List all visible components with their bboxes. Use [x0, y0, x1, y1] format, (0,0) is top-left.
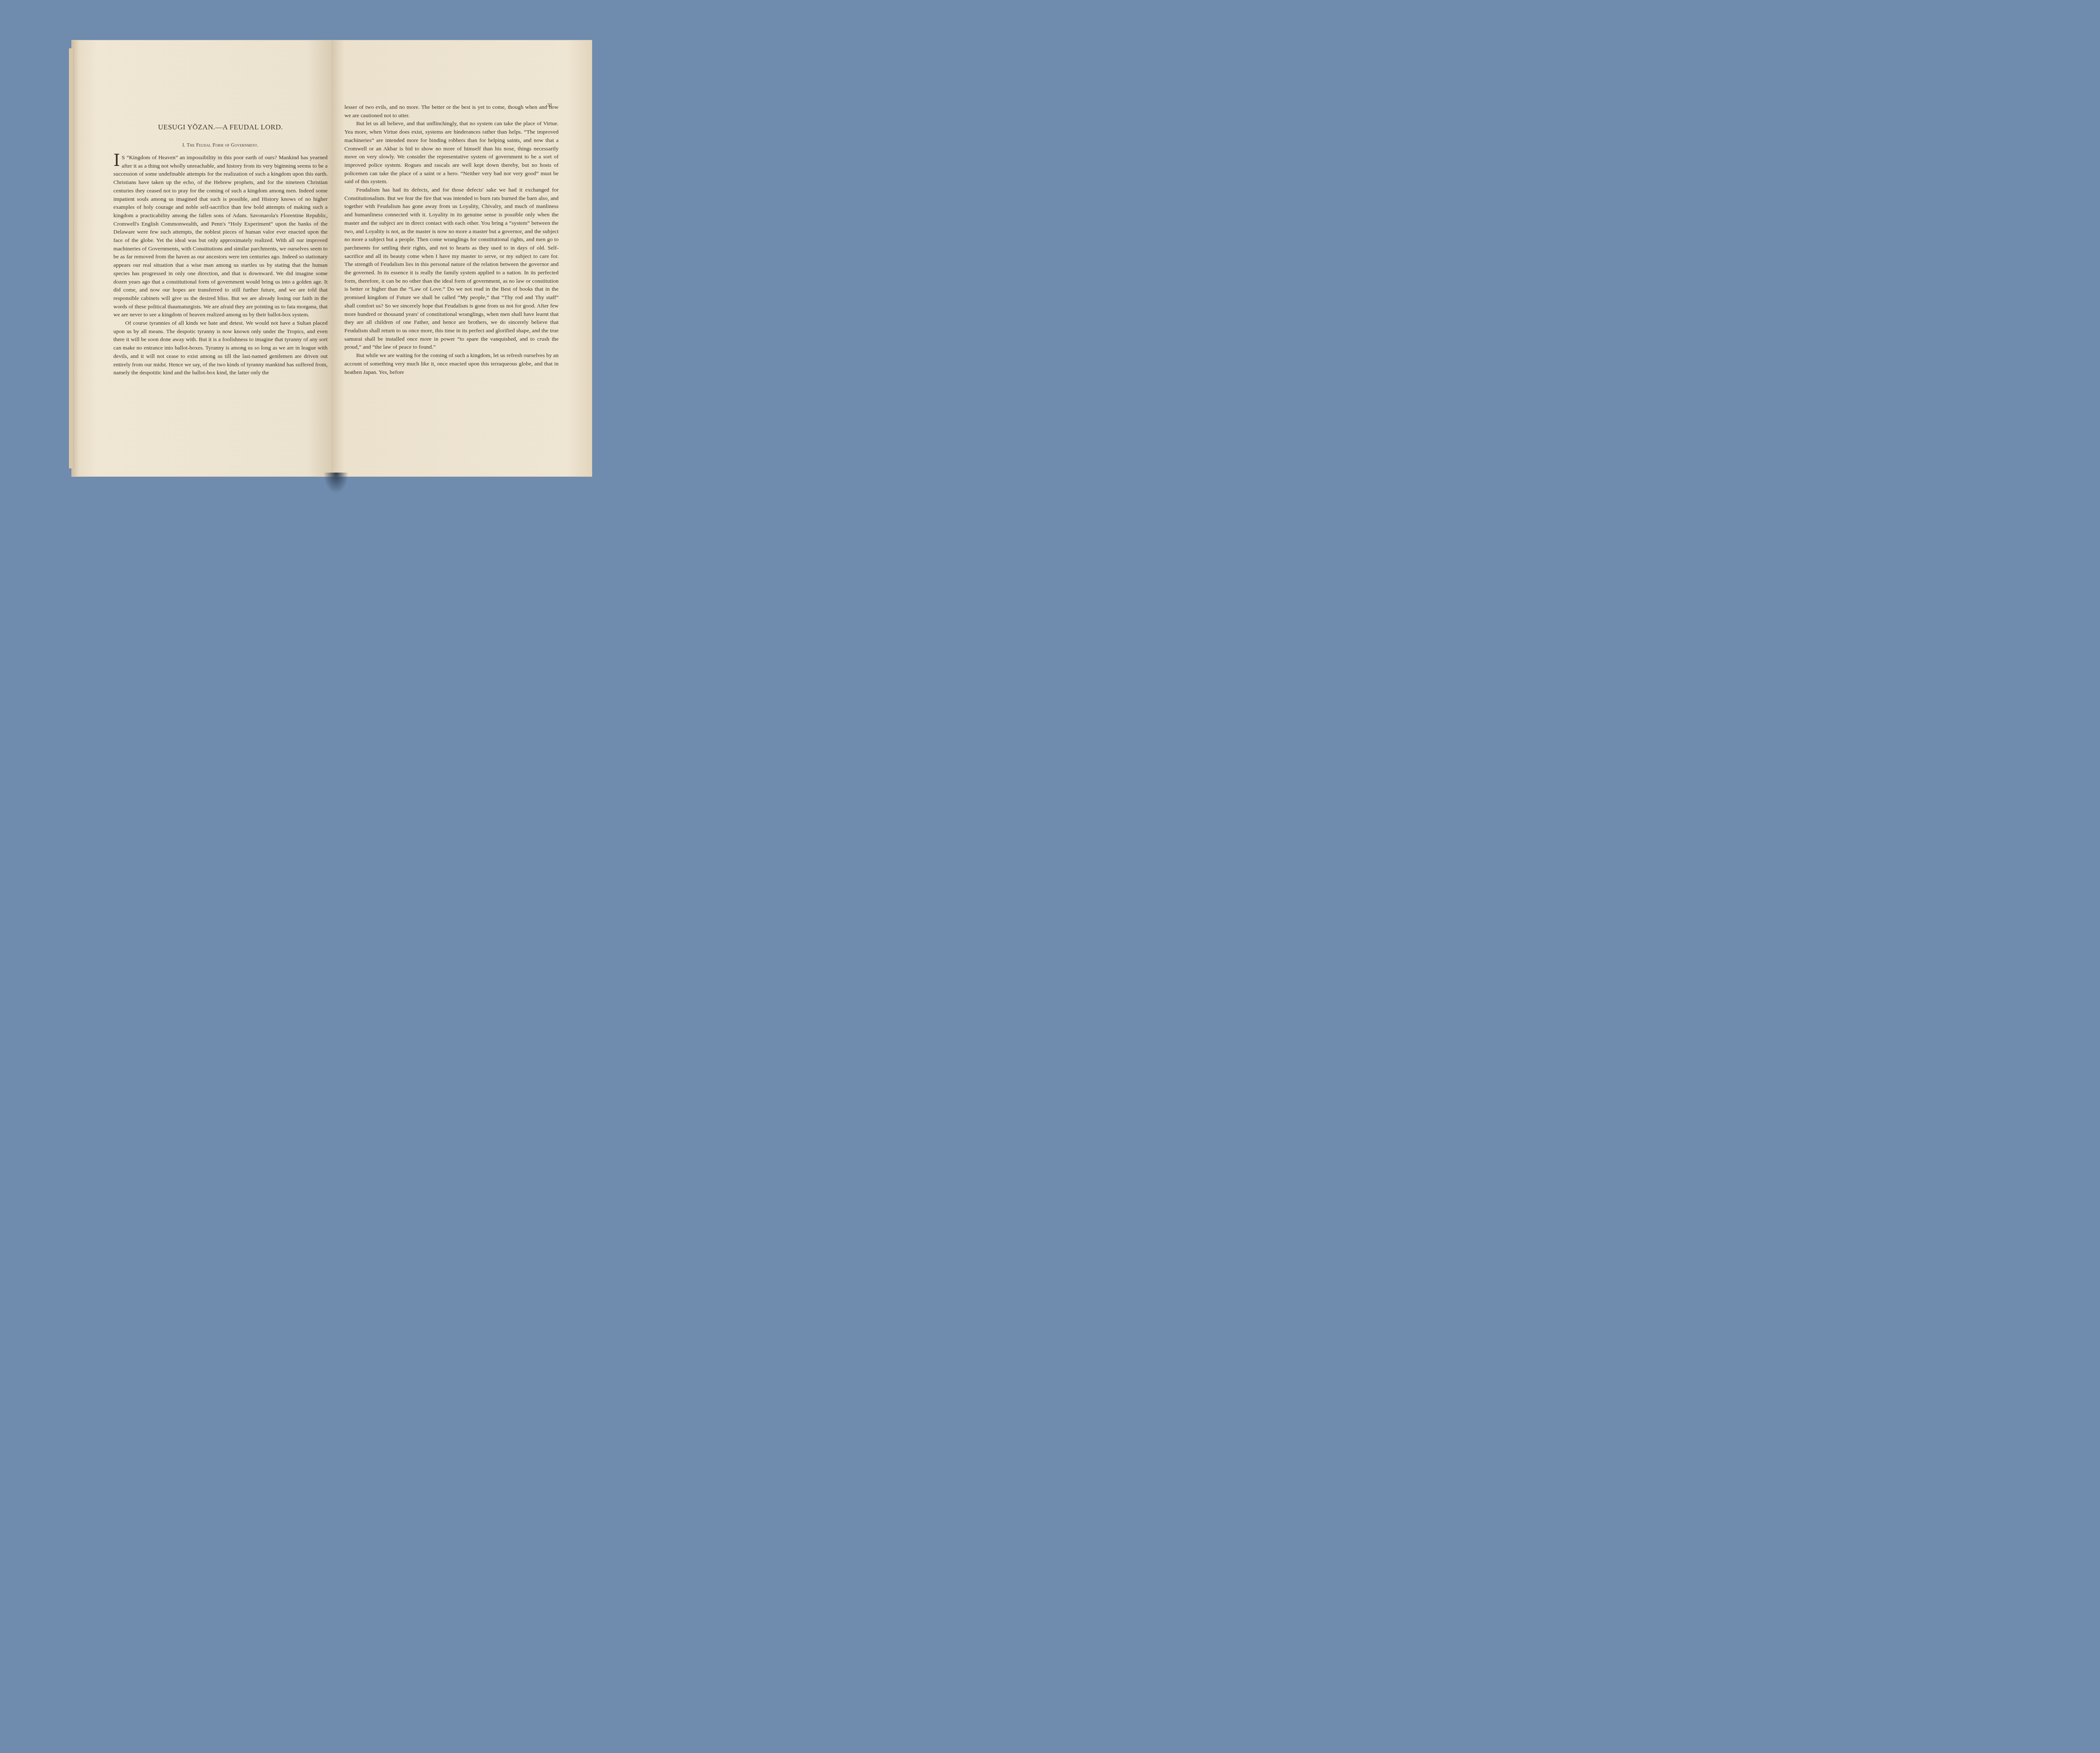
paragraph: Of course tyrannies of all kinds we hate… — [113, 319, 328, 377]
chapter-title: UESUGI YŌZAN.—A FEUDAL LORD. — [113, 123, 328, 131]
paragraph: Feudalism has had its defects, and for t… — [344, 186, 559, 351]
paragraph: But let us all believe, and that unflinc… — [344, 119, 559, 186]
page-edges — [69, 48, 73, 468]
section-heading: I. The Feudal Form of Government. — [113, 143, 328, 148]
paragraph: S “Kingdom of Heaven” an impossibility i… — [113, 154, 328, 318]
paragraph: But while we are waiting for the coming … — [344, 351, 559, 376]
left-page: UESUGI YŌZAN.—A FEUDAL LORD. I. The Feud… — [71, 40, 332, 477]
open-book: UESUGI YŌZAN.—A FEUDAL LORD. I. The Feud… — [71, 40, 592, 477]
paragraph: lesser of two evils, and no more. The be… — [344, 103, 559, 119]
spine-shadow — [323, 473, 349, 494]
right-page-text: lesser of two evils, and no more. The be… — [344, 103, 559, 376]
drop-cap: I — [113, 153, 122, 168]
right-page: 31 lesser of two evils, and no more. The… — [332, 40, 592, 477]
left-page-text: IS “Kingdom of Heaven” an impossibility … — [113, 153, 328, 377]
